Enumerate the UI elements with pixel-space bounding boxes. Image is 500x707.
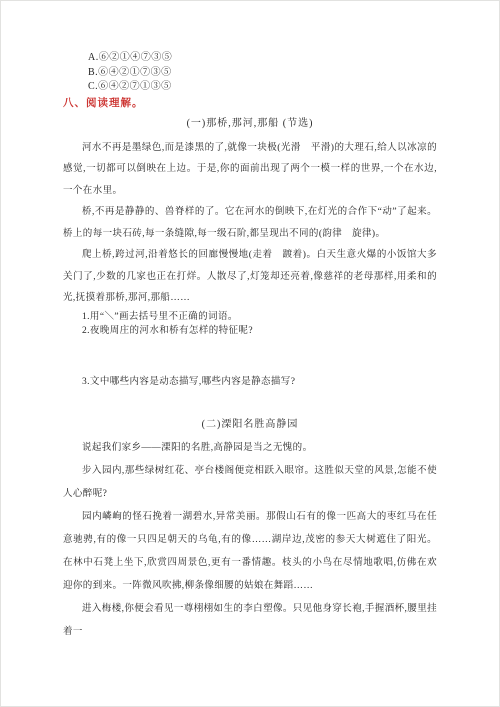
passage1-paragraph-2: 桥,不再是静静的、兽脊样的了。它在河水的倒映下,在灯光的合作下“动”了起来。桥上… xyxy=(63,202,437,245)
option-b: B.⑥④②①⑦③⑤ xyxy=(88,66,437,81)
option-a: A.⑥②①④⑦③⑤ xyxy=(88,51,437,66)
passage2-paragraph-3: 园内嶙峋的怪石挽着一湖碧水,异常美丽。那假山石有的像一匹高大的枣红马在任意驰骋,… xyxy=(63,506,437,598)
answer-options: A.⑥②①④⑦③⑤ B.⑥④②①⑦③⑤ C.⑥④②⑦①③⑤ xyxy=(88,51,437,95)
passage2-paragraph-1: 说起我们家乡——溧阳的名胜,高静园是当之无愧的。 xyxy=(63,437,437,460)
answer-space-question-2 xyxy=(63,339,437,375)
passage1-question-2: 2.夜晚周庄的河水和桥有怎样的特征呢? xyxy=(63,324,437,339)
passage1-title: (一)那桥,那河,那船 (节选) xyxy=(63,116,437,131)
passage1-question-3: 3.文中哪些内容是动态描写,哪些内容是静态描写? xyxy=(63,375,437,390)
passage1-paragraph-3: 爬上桥,跨过河,沿着悠长的回廊慢慢地(走着 踱着)。白天生意火爆的小饭馆大多关门… xyxy=(63,245,437,310)
option-c: C.⑥④②⑦①③⑤ xyxy=(88,80,437,95)
passage2-paragraph-2: 步入园内,那些绿树红花、亭台楼阁便竞相跃入眼帘。这胜似天堂的风景,怎能不使人心醉… xyxy=(63,460,437,506)
section-heading-reading-comprehension: 八、阅读理解。 xyxy=(63,96,437,111)
passage1-paragraph-1: 河水不再是墨绿色,而是漆黑的了,就像一块极(光滑 平滑)的大理石,给人以冰凉的感… xyxy=(63,138,437,203)
page-content: A.⑥②①④⑦③⑤ B.⑥④②①⑦③⑤ C.⑥④②⑦①③⑤ 八、阅读理解。 (一… xyxy=(1,1,499,706)
answer-space-question-3 xyxy=(63,389,437,417)
passage2-paragraph-4: 进入梅楼,你便会看见一尊栩栩如生的李白塑像。只见他身穿长袍,手握酒杯,腰里挂着一 xyxy=(63,598,437,644)
passage2-title: (二)溧阳名胜高静园 xyxy=(63,417,437,432)
passage1-question-1: 1.用“＼”画去括号里不正确的词语。 xyxy=(63,310,437,325)
worksheet-page: A.⑥②①④⑦③⑤ B.⑥④②①⑦③⑤ C.⑥④②⑦①③⑤ 八、阅读理解。 (一… xyxy=(0,0,500,707)
